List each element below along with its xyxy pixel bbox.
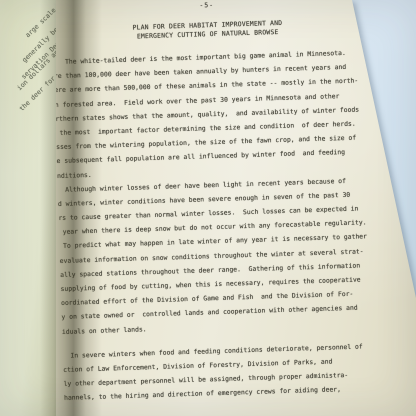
document-page: -5- PLAN FOR DEER HABITAT IMPROVEMENT AN… <box>0 0 416 416</box>
typewritten-text-block: -5- PLAN FOR DEER HABITAT IMPROVEMENT AN… <box>52 0 374 405</box>
document-body: The white-tailed deer is the most import… <box>53 45 374 405</box>
book-photo: arge scalegenerally beenservation Depari… <box>0 0 416 416</box>
main-page-shadow-wrapper: -5- PLAN FOR DEER HABITAT IMPROVEMENT AN… <box>0 0 416 416</box>
